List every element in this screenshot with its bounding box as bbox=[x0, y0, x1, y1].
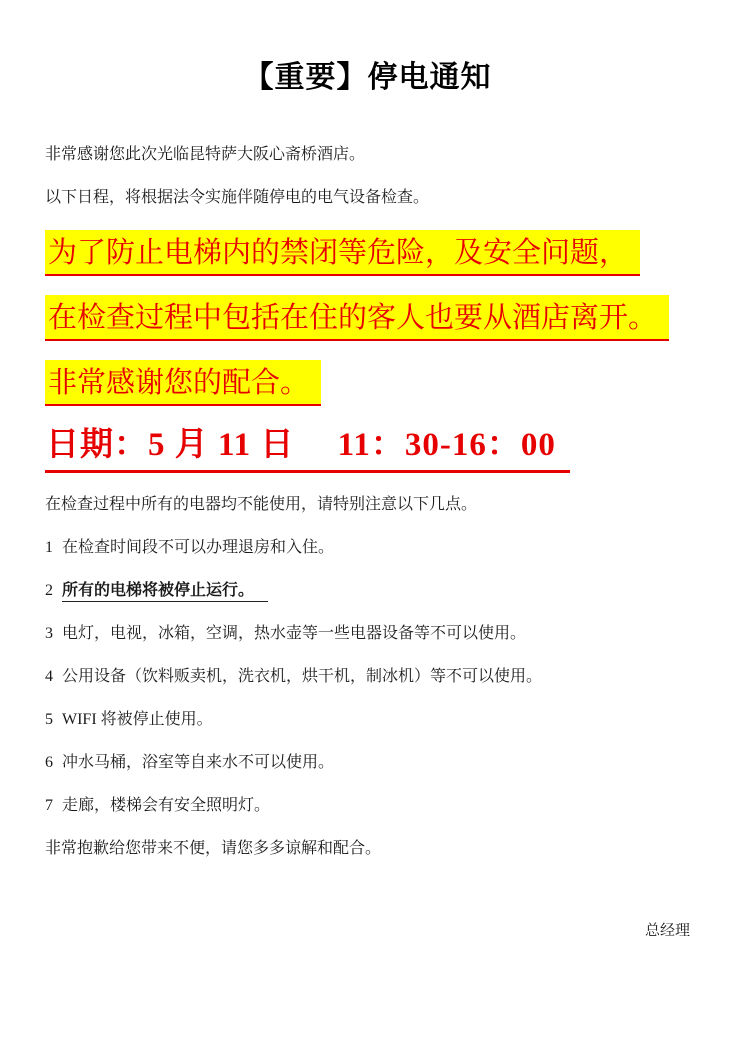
list-item-7-number: 7 bbox=[45, 795, 53, 816]
list-item-6: 6冲水马桶，浴室等自来水不可以使用。 bbox=[45, 752, 690, 773]
warning-line-3-text: 非常感谢您的配合。 bbox=[45, 360, 321, 406]
intro-paragraph-1: 非常感谢您此次光临昆特萨大阪心斋桥酒店。 bbox=[45, 144, 690, 165]
intro-paragraph-2: 以下日程，将根据法令实施伴随停电的电气设备检查。 bbox=[45, 187, 690, 208]
list-item-1-text: 在检查时间段不可以办理退房和入住。 bbox=[62, 539, 334, 556]
list-item-5-text: WIFI 将被停止使用。 bbox=[62, 711, 213, 728]
warning-line-1-text: 为了防止电梯内的禁闭等危险，及安全问题， bbox=[45, 230, 640, 276]
list-item-7-text: 走廊，楼梯会有安全照明灯。 bbox=[62, 797, 270, 814]
notice-intro-paragraph: 在检查过程中所有的电器均不能使用，请特别注意以下几点。 bbox=[45, 494, 690, 515]
power-outage-notice-document: 【重要】停电通知 非常感谢您此次光临昆特萨大阪心斋桥酒店。 以下日程，将根据法令… bbox=[0, 0, 736, 1041]
warning-line-2: 在检查过程中包括在住的客人也要从酒店离开。 bbox=[45, 295, 690, 341]
signature-general-manager: 总经理 bbox=[45, 921, 690, 941]
list-item-7: 7走廊，楼梯会有安全照明灯。 bbox=[45, 795, 690, 816]
list-item-5-number: 5 bbox=[45, 709, 53, 730]
list-item-6-text: 冲水马桶，浴室等自来水不可以使用。 bbox=[62, 754, 334, 771]
list-item-1-number: 1 bbox=[45, 537, 53, 558]
list-item-4-number: 4 bbox=[45, 666, 53, 687]
list-item-4-text: 公用设备（饮料贩卖机，洗衣机，烘干机，制冰机）等不可以使用。 bbox=[62, 668, 542, 685]
list-item-3-number: 3 bbox=[45, 623, 53, 644]
list-item-2-number: 2 bbox=[45, 580, 53, 601]
list-item-3: 3电灯，电视，冰箱，空调，热水壶等一些电器设备等不可以使用。 bbox=[45, 623, 690, 644]
list-item-2-text: 所有的电梯将被停止运行。 bbox=[62, 582, 268, 602]
list-item-2: 2所有的电梯将被停止运行。 bbox=[45, 580, 690, 601]
warning-line-2-text: 在检查过程中包括在住的客人也要从酒店离开。 bbox=[45, 295, 669, 341]
list-item-1: 1在检查时间段不可以办理退房和入住。 bbox=[45, 537, 690, 558]
list-item-4: 4公用设备（饮料贩卖机，洗衣机，烘干机，制冰机）等不可以使用。 bbox=[45, 666, 690, 687]
warning-line-3: 非常感谢您的配合。 bbox=[45, 360, 690, 406]
list-item-3-text: 电灯，电视，冰箱，空调，热水壶等一些电器设备等不可以使用。 bbox=[62, 625, 526, 642]
outage-date-line: 日期：5 月 11 日 11：30-16：00 bbox=[45, 425, 690, 473]
warning-line-1: 为了防止电梯内的禁闭等危险，及安全问题， bbox=[45, 230, 690, 276]
list-item-5: 5WIFI 将被停止使用。 bbox=[45, 709, 690, 730]
closing-paragraph: 非常抱歉给您带来不便，请您多多谅解和配合。 bbox=[45, 838, 690, 859]
list-item-6-number: 6 bbox=[45, 752, 53, 773]
outage-date-text: 日期：5 月 11 日 11：30-16：00 bbox=[45, 425, 570, 473]
page-title: 【重要】停电通知 bbox=[45, 52, 690, 96]
